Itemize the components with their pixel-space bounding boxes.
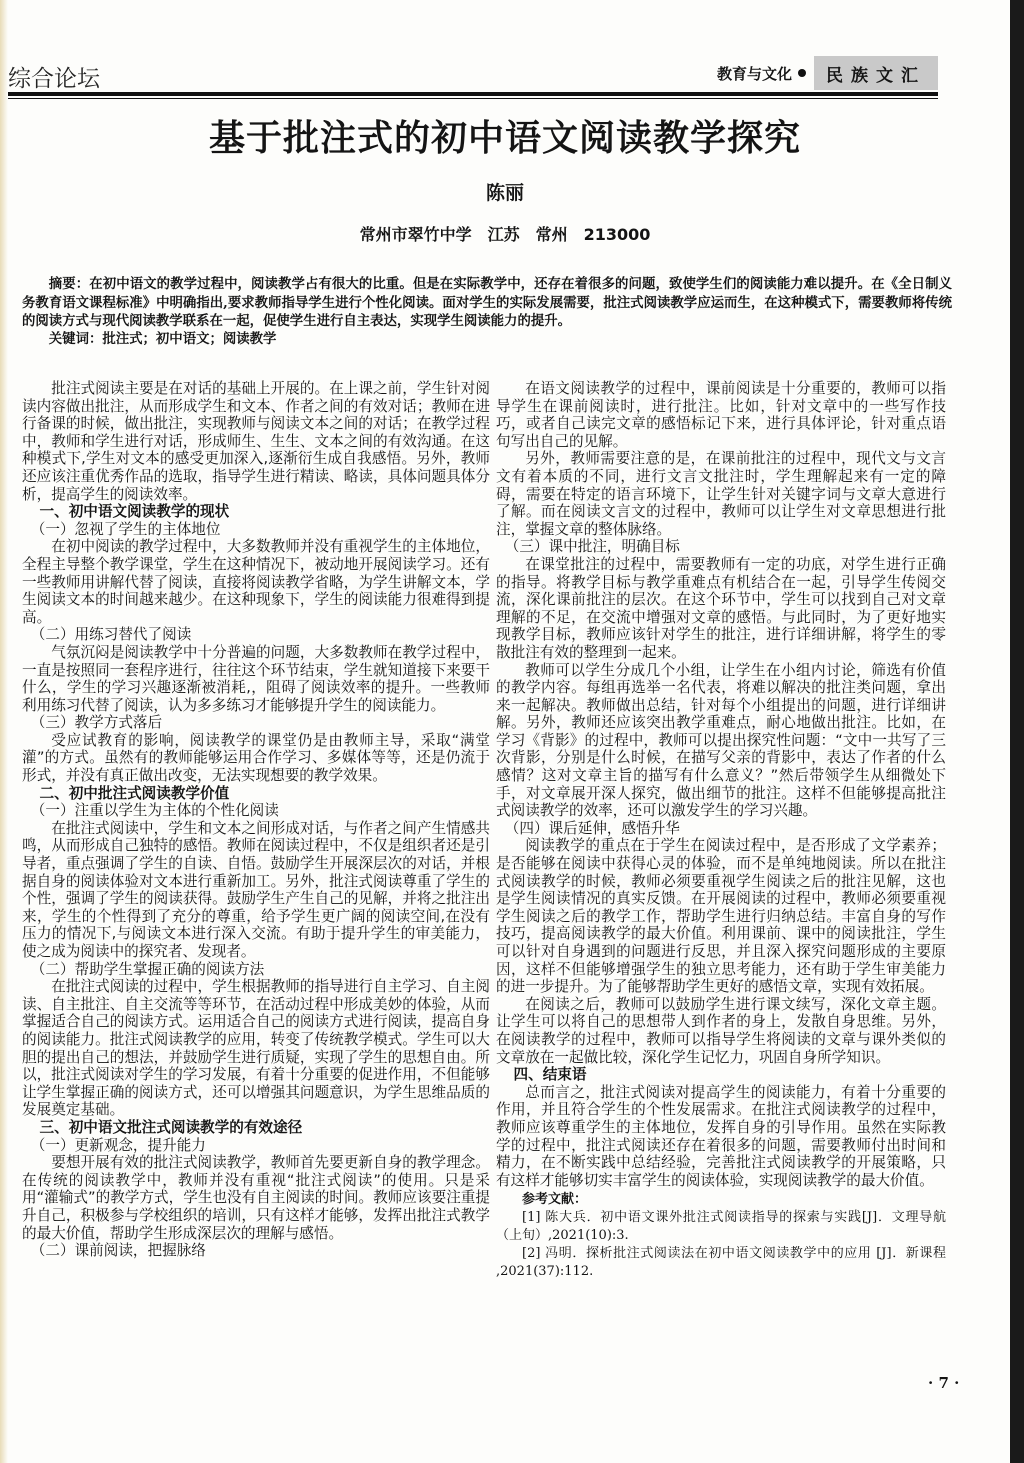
- article-title: 基于批注式的初中语文阅读教学探究: [0, 110, 1010, 161]
- paragraph: 气氛沉闷是阅读教学中十分普遍的问题，大多数教师在教学过程中，一直是按照同一套程序…: [22, 644, 490, 714]
- journal-subtitle: 教育与文化: [717, 63, 792, 84]
- abstract-text: 在初中语文的教学过程中，阅读教学占有很大的比重。但是在实际教学中，还存在着很多的…: [22, 276, 952, 329]
- section-heading: 一、初中语文阅读教学的现状: [22, 503, 490, 521]
- subsection-heading: （二）课前阅读，把握脉络: [22, 1242, 490, 1260]
- subsection-heading: （三）课中批注，明确目标: [496, 538, 946, 556]
- subsection-heading: （二）帮助学生掌握正确的阅读方法: [22, 961, 490, 979]
- subsection-heading: （四）课后延伸，感悟升华: [496, 820, 946, 838]
- section-heading: 三、初中语文批注式阅读教学的有效途径: [22, 1119, 490, 1137]
- paragraph: 批注式阅读主要是在对话的基础上开展的。在上课之前，学生针对阅读内容做出批注，从而…: [22, 380, 490, 503]
- header-rule-thin: [8, 98, 938, 99]
- keywords-label: 关键词：: [49, 332, 103, 347]
- paragraph: 在语文阅读教学的过程中，课前阅读是十分重要的，教师可以指导学生在课前阅读时，进行…: [496, 380, 946, 450]
- abstract: 摘要：在初中语文的教学过程中，阅读教学占有很大的比重。但是在实际教学中，还存在着…: [22, 275, 952, 330]
- references: 参考文献： [1] 陈大兵．初中语文课外批注式阅读指导的探索与实践[J]．文理导…: [496, 1191, 946, 1281]
- journal-banner: 教育与文化 民族文汇: [717, 56, 938, 90]
- paragraph: 总而言之，批注式阅读对提高学生的阅读能力，有着十分重要的作用，并且符合学生的个性…: [496, 1084, 946, 1190]
- right-column-body: 在语文阅读教学的过程中，课前阅读是十分重要的，教师可以指导学生在课前阅读时，进行…: [496, 380, 946, 1189]
- keywords: 关键词：批注式；初中语文；阅读教学: [22, 330, 952, 349]
- subsection-heading: （一）忽视了学生的主体地位: [22, 521, 490, 539]
- journal-name: 民族文汇: [814, 56, 938, 90]
- paragraph: 在批注式阅读的过程中，学生根据教师的指导进行自主学习、自主阅读、自主批注、自主交…: [22, 978, 490, 1119]
- author-affiliation: 常州市翠竹中学 江苏 常州 213000: [0, 222, 1010, 245]
- paragraph: 另外，教师需要注意的是，在课前批注的过程中，现代文与文言文有着本质的不同，进行文…: [496, 450, 946, 538]
- page-number: · 7 ·: [928, 1374, 959, 1392]
- journal-page: 综合论坛 教育与文化 民族文汇 基于批注式的初中语文阅读教学探究 陈丽 常州市翠…: [0, 0, 1010, 1463]
- subsection-heading: （二）用练习替代了阅读: [22, 626, 490, 644]
- page-header: 综合论坛 教育与文化 民族文汇: [8, 56, 938, 90]
- reference-item: [1] 陈大兵．初中语文课外批注式阅读指导的探索与实践[J]．文理导航（上旬）,…: [496, 1209, 946, 1245]
- references-label: 参考文献：: [496, 1191, 946, 1209]
- bullet-icon: [798, 69, 806, 77]
- subsection-heading: （一）注重以学生为主体的个性化阅读: [22, 802, 490, 820]
- left-column: 批注式阅读主要是在对话的基础上开展的。在上课之前，学生针对阅读内容做出批注，从而…: [22, 380, 490, 1260]
- header-rule-thick: [8, 92, 938, 96]
- paragraph: 阅读教学的重点在于学生在阅读过程中，是否形成了文学素养；是否能够在阅读中获得心灵…: [496, 837, 946, 995]
- paragraph: 在阅读之后，教师可以鼓励学生进行课文续写，深化文章主题。让学生可以将自己的思想带…: [496, 996, 946, 1066]
- abstract-label: 摘要：: [49, 277, 89, 292]
- right-column: 在语文阅读教学的过程中，课前阅读是十分重要的，教师可以指导学生在课前阅读时，进行…: [496, 380, 946, 1281]
- section-heading: 二、初中批注式阅读教学价值: [22, 785, 490, 803]
- paragraph: 在课堂批注的过程中，需要教师有一定的功底，对学生进行正确的指导。将教学目标与教学…: [496, 556, 946, 662]
- paragraph: 在批注式阅读中，学生和文本之间形成对话，与作者之间产生情感共鸣，从而形成自己独特…: [22, 820, 490, 961]
- abstract-block: 摘要：在初中语文的教学过程中，阅读教学占有很大的比重。但是在实际教学中，还存在着…: [22, 275, 952, 349]
- section-heading: 四、结束语: [496, 1066, 946, 1084]
- article-author: 陈丽: [0, 178, 1010, 205]
- subsection-heading: （三）教学方式落后: [22, 714, 490, 732]
- paragraph: 在初中阅读的教学过程中，大多数教师并没有重视学生的主体地位，全程主导整个教学课堂…: [22, 538, 490, 626]
- section-name: 综合论坛: [8, 60, 100, 93]
- subsection-heading: （一）更新观念，提升能力: [22, 1137, 490, 1155]
- paragraph: 教师可以学生分成几个小组，让学生在小组内讨论，筛选有价值的教学内容。每组再选举一…: [496, 662, 946, 820]
- keywords-text: 批注式；初中语文；阅读教学: [102, 331, 276, 347]
- paragraph: 受应试教育的影响，阅读教学的课堂仍是由教师主导，采取“满堂灌”的方式。虽然有的教…: [22, 732, 490, 785]
- reference-item: [2] 冯明．探析批注式阅读法在初中语文阅读教学中的应用 [J]．新课程 ,20…: [496, 1245, 946, 1281]
- paragraph: 要想开展有效的批注式阅读教学，教师首先要更新自身的教学理念。在传统的阅读教学中，…: [22, 1154, 490, 1242]
